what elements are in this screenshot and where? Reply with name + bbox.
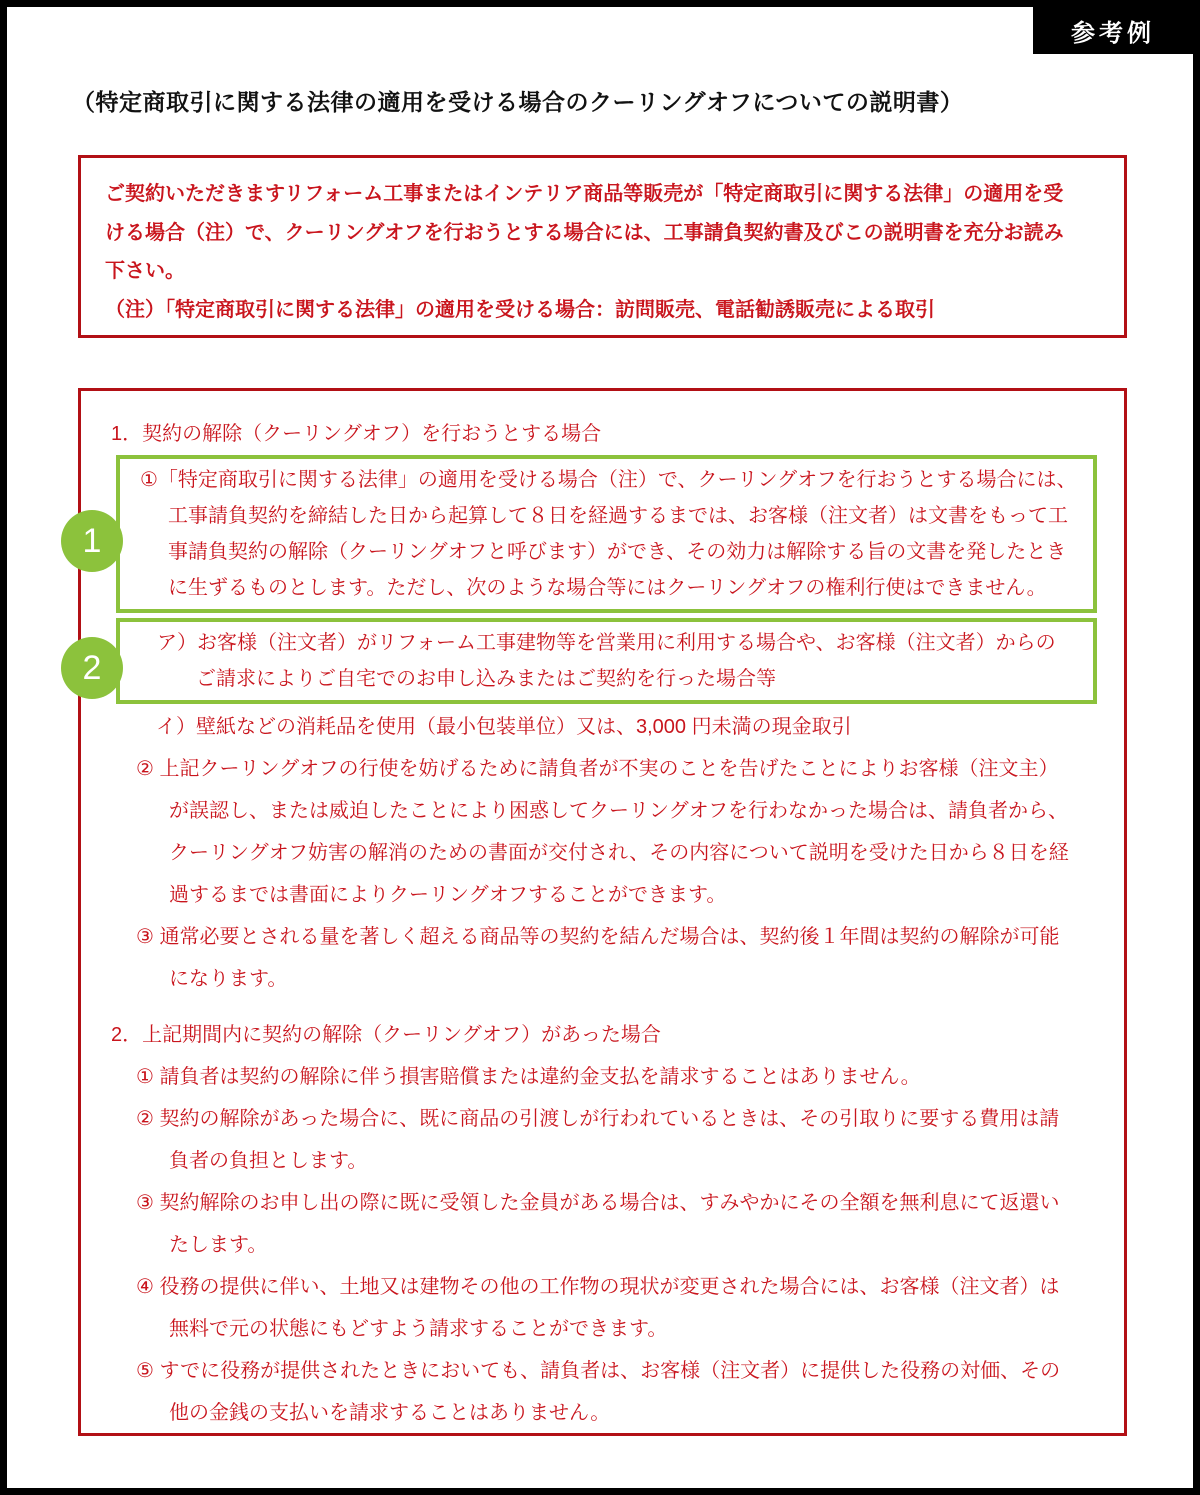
highlight-box-2: ア）お客様（注文者）がリフォーム工事建物等を営業用に利用する場合や、お客様（注文… [116,618,1097,704]
list-item: イ）壁紙などの消耗品を使用（最小包装単位）又は、3,000 円未満の現金取引 [136,706,1096,748]
section-1-items: イ）壁紙などの消耗品を使用（最小包装単位）又は、3,000 円未満の現金取引② … [111,706,1096,1000]
annotation-circle-2: 2 [61,637,123,699]
intro-notice-box: ご契約いただきますリフォーム工事またはインテリア商品等販売が「特定商取引に関する… [78,155,1127,338]
intro-note-text: （注）「特定商取引に関する法律」の適用を受ける場合：訪問販売、電話勧誘販売による… [105,291,1104,330]
annotation-circle-1: 1 [61,510,123,572]
terms-box: 1．契約の解除（クーリングオフ）を行おうとする場合 ①「特定商取引に関する法律」… [78,388,1127,1436]
section-2-items: ① 請負者は契約の解除に伴う損害賠償または違約金支払を請求することはありません。… [111,1056,1096,1434]
intro-body-text: ご契約いただきますリフォーム工事またはインテリア商品等販売が「特定商取引に関する… [105,175,1104,291]
reference-example-badge: 参考例 [1033,7,1193,54]
section-2-heading: 2．上記期間内に契約の解除（クーリングオフ）があった場合 [111,1014,1096,1056]
document-page: 参考例 （特定商取引に関する法律の適用を受ける場合のクーリングオフについての説明… [0,0,1200,1495]
list-item: ② 契約の解除があった場合に、既に商品の引渡しが行われているときは、その引取りに… [136,1098,1096,1182]
list-item: ③ 契約解除のお申し出の際に既に受領した金員がある場合は、すみやかにその全額を無… [136,1182,1096,1266]
list-item: ② 上記クーリングオフの行使を妨げるために請負者が不実のことを告げたことによりお… [136,748,1096,916]
highlight-box-1: ①「特定商取引に関する法律」の適用を受ける場合（注）で、クーリングオフを行おうと… [116,455,1097,613]
reference-example-label: 参考例 [1071,13,1155,48]
section-cancellation: 1．契約の解除（クーリングオフ）を行おうとする場合 ①「特定商取引に関する法律」… [111,413,1096,1000]
section-1-heading: 1．契約の解除（クーリングオフ）を行おうとする場合 [111,413,1096,455]
annotation-2-number: 2 [83,649,102,688]
section-after-cancellation: 2．上記期間内に契約の解除（クーリングオフ）があった場合 ① 請負者は契約の解除… [111,1014,1096,1434]
page-title: （特定商取引に関する法律の適用を受ける場合のクーリングオフについての説明書） [72,84,963,117]
list-item: ③ 通常必要とされる量を著しく超える商品等の契約を結んだ場合は、契約後１年間は契… [136,916,1096,1000]
list-item: ④ 役務の提供に伴い、土地又は建物その他の工作物の現状が変更された場合には、お客… [136,1266,1096,1350]
list-item: ① 請負者は契約の解除に伴う損害賠償または違約金支払を請求することはありません。 [136,1056,1096,1098]
annotation-1-number: 1 [83,522,102,561]
list-item: ⑤ すでに役務が提供されたときにおいても、請負者は、お客様（注文者）に提供した役… [136,1350,1096,1434]
